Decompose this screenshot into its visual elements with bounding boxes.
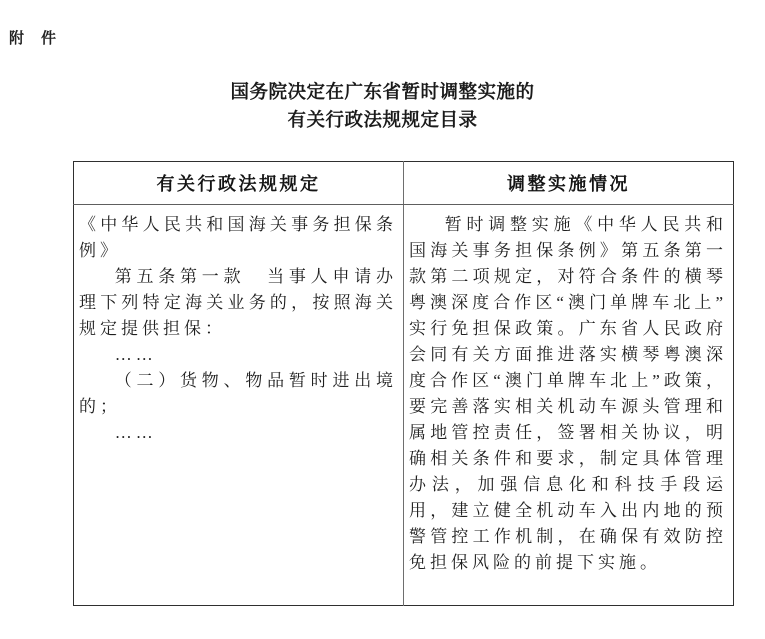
paragraph: ……	[79, 420, 397, 446]
paragraph: 第五条第一款 当事人申请办理下列特定海关业务的，按照海关规定提供担保：	[79, 264, 397, 342]
paragraph: （二）货物、物品暂时进出境的；	[79, 368, 397, 420]
document-page: 附 件 国务院决定在广东省暂时调整实施的 有关行政法规规定目录 有关行政法规规定…	[0, 0, 765, 639]
regulation-table: 有关行政法规规定 调整实施情况 《中华人民共和国海关事务担保条例》第五条第一款 …	[73, 161, 734, 606]
attachment-label: 附 件	[9, 27, 57, 48]
cell-regulation-text: 《中华人民共和国海关事务担保条例》第五条第一款 当事人申请办理下列特定海关业务的…	[74, 205, 404, 606]
document-title: 国务院决定在广东省暂时调整实施的 有关行政法规规定目录	[0, 79, 765, 135]
column-header-regulation: 有关行政法规规定	[74, 162, 404, 205]
table-body-row: 《中华人民共和国海关事务担保条例》第五条第一款 当事人申请办理下列特定海关业务的…	[74, 205, 734, 606]
column-header-adjustment: 调整实施情况	[404, 162, 734, 205]
table-header-row: 有关行政法规规定 调整实施情况	[74, 162, 734, 205]
paragraph: ……	[79, 342, 397, 368]
paragraph: 暂时调整实施《中华人民共和国海关事务担保条例》第五条第一款第二项规定，对符合条件…	[409, 212, 727, 576]
title-line-2: 有关行政法规规定目录	[0, 107, 765, 135]
title-line-1: 国务院决定在广东省暂时调整实施的	[0, 79, 765, 107]
cell-adjustment-text: 暂时调整实施《中华人民共和国海关事务担保条例》第五条第一款第二项规定，对符合条件…	[404, 205, 734, 606]
paragraph: 《中华人民共和国海关事务担保条例》	[79, 212, 397, 264]
